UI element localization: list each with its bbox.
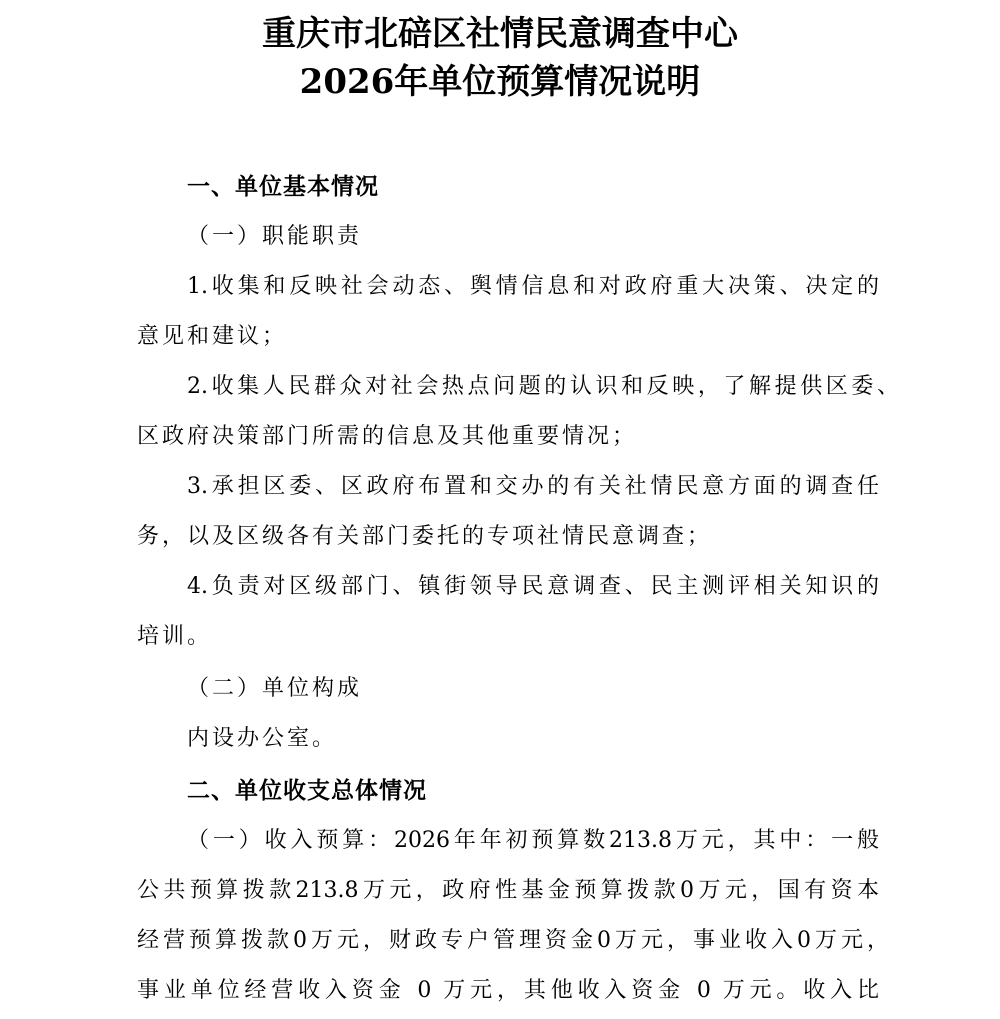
income-budget-line4: 事业单位经营收入资金 0 万元，其他收入资金 0 万元。收入比 [137, 976, 879, 1006]
document-title-line2: 2026年单位预算情况说明 [0, 62, 1000, 102]
subsection-heading-duties: （一）职能职责 [187, 222, 879, 252]
income-budget-line3: 经营预算拨款0万元，财政专户管理资金0万元，事业收入0万元， [137, 926, 889, 956]
duty-item-2-line2: 区政府决策部门所需的信息及其他重要情况； [137, 422, 879, 452]
section-heading-basic-info: 一、单位基本情况 [187, 172, 879, 202]
duty-item-1-line1: 1.收集和反映社会动态、舆情信息和对政府重大决策、决定的 [187, 272, 879, 302]
duty-item-2-line1: 2.收集人民群众对社会热点问题的认识和反映，了解提供区委、 [187, 372, 899, 402]
document-title-line1: 重庆市北碚区社情民意调查中心 [0, 14, 1000, 54]
document-page: 重庆市北碚区社情民意调查中心 2026年单位预算情况说明 一、单位基本情况 （一… [0, 0, 1000, 1019]
duty-item-4-line2: 培训。 [137, 622, 879, 652]
duty-item-1-line2: 意见和建议； [137, 322, 879, 352]
subsection-heading-composition: （二）单位构成 [187, 674, 879, 704]
duty-item-3-line2: 务，以及区级各有关部门委托的专项社情民意调查； [137, 522, 879, 552]
income-budget-line2: 公共预算拨款213.8万元，政府性基金预算拨款0万元，国有资本 [137, 876, 879, 906]
section-heading-revenue-expenditure: 二、单位收支总体情况 [187, 776, 879, 806]
composition-body: 内设办公室。 [187, 724, 879, 754]
income-budget-line1: （一）收入预算：2026年年初预算数213.8万元，其中：一般 [187, 826, 879, 856]
duty-item-3-line1: 3.承担区委、区政府布置和交办的有关社情民意方面的调查任 [187, 472, 879, 502]
duty-item-4-line1: 4.负责对区级部门、镇街领导民意调查、民主测评相关知识的 [187, 572, 879, 602]
